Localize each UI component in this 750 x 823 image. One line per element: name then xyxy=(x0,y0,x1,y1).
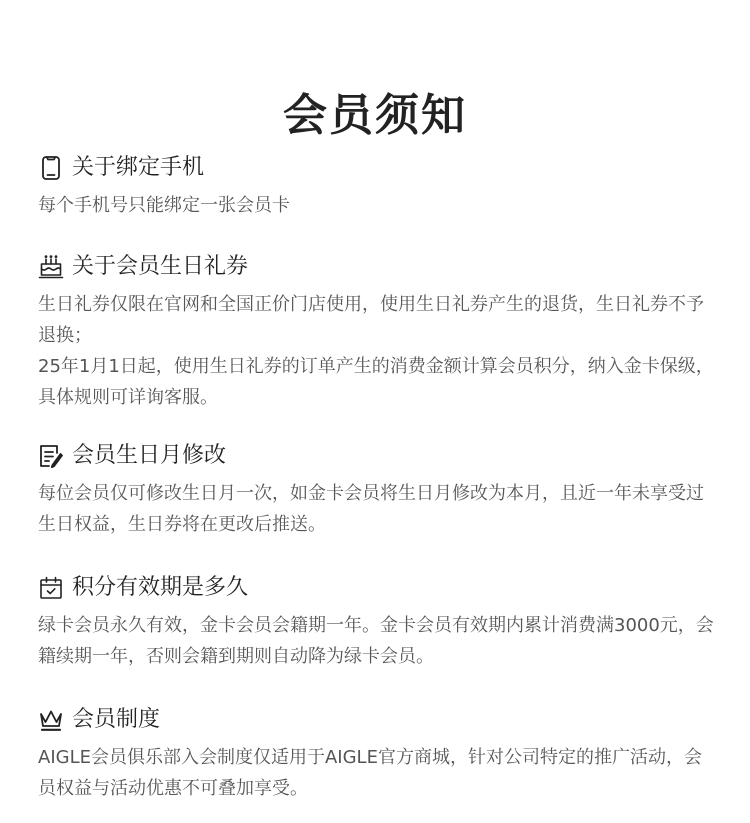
phone-icon xyxy=(38,155,64,181)
section-title: 积分有效期是多久 xyxy=(72,572,248,604)
section-birthday-coupon: 关于会员生日礼券 生日礼券仅限在官网和全国正价门店使用，使用生日礼券产生的退货，… xyxy=(38,251,718,413)
section-paragraph: 绿卡会员永久有效，金卡会员会籍期一年。金卡会员有效期内累计消费满3000元，会籍… xyxy=(38,610,718,672)
page-title: 会员须知 xyxy=(0,87,750,145)
section-paragraph: AIGLE会员俱乐部入会制度仅适用于AIGLE官方商城，针对公司特定的推广活动，… xyxy=(38,742,718,804)
section-phone-binding: 关于绑定手机 每个手机号只能绑定一张会员卡 xyxy=(38,152,718,221)
section-paragraph: 生日礼券仅限在官网和全国正价门店使用，使用生日礼券产生的退货，生日礼券不予退换； xyxy=(38,289,718,351)
section-header: 会员制度 xyxy=(38,704,718,736)
section-paragraph: 25年1月1日起，使用生日礼券的订单产生的消费金额计算会员积分，纳入金卡保级，具… xyxy=(38,351,718,413)
section-title: 会员制度 xyxy=(72,704,160,736)
calendar-check-icon xyxy=(38,575,64,601)
section-header: 关于绑定手机 xyxy=(38,152,718,184)
section-header: 关于会员生日礼券 xyxy=(38,251,718,283)
section-header: 积分有效期是多久 xyxy=(38,572,718,604)
section-body: 每位会员仅可修改生日月一次，如金卡会员将生日月修改为本月，且近一年未享受过生日权… xyxy=(38,478,718,540)
section-title: 关于绑定手机 xyxy=(72,152,204,184)
section-body: 每个手机号只能绑定一张会员卡 xyxy=(38,190,718,221)
section-paragraph: 每个手机号只能绑定一张会员卡 xyxy=(38,190,718,221)
edit-document-icon xyxy=(38,443,64,469)
section-membership-system: 会员制度 AIGLE会员俱乐部入会制度仅适用于AIGLE官方商城，针对公司特定的… xyxy=(38,704,718,804)
section-title: 会员生日月修改 xyxy=(72,440,226,472)
birthday-cake-icon xyxy=(38,254,64,280)
crown-icon xyxy=(38,707,64,733)
section-body: 生日礼券仅限在官网和全国正价门店使用，使用生日礼券产生的退货，生日礼券不予退换；… xyxy=(38,289,718,413)
section-header: 会员生日月修改 xyxy=(38,440,718,472)
section-body: 绿卡会员永久有效，金卡会员会籍期一年。金卡会员有效期内累计消费满3000元，会籍… xyxy=(38,610,718,672)
section-body: AIGLE会员俱乐部入会制度仅适用于AIGLE官方商城，针对公司特定的推广活动，… xyxy=(38,742,718,804)
section-points-validity: 积分有效期是多久 绿卡会员永久有效，金卡会员会籍期一年。金卡会员有效期内累计消费… xyxy=(38,572,718,672)
section-paragraph: 每位会员仅可修改生日月一次，如金卡会员将生日月修改为本月，且近一年未享受过生日权… xyxy=(38,478,718,540)
section-title: 关于会员生日礼券 xyxy=(72,251,248,283)
section-birthday-month: 会员生日月修改 每位会员仅可修改生日月一次，如金卡会员将生日月修改为本月，且近一… xyxy=(38,440,718,540)
